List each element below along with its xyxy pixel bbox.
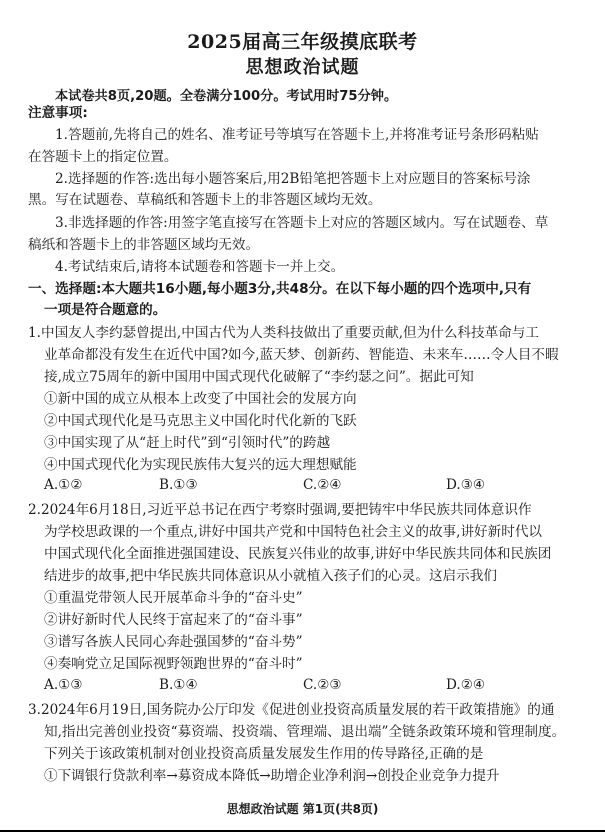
note-line: 在答题卡上的指定位置。 xyxy=(28,147,178,167)
statement: ①重温党带领人民开展革命斗争的“奋斗史” xyxy=(44,588,303,608)
answer-options: A.①③ B.①④ C.②③ D.②④ xyxy=(44,677,564,697)
note-line: 2.选择题的作答:选出每小题答案后,用2B铅笔把答题卡上对应题目的答案标号涂 xyxy=(55,169,531,189)
note-line: 稿纸和答题卡上的非答题区域均无效。 xyxy=(28,235,259,255)
question-stem: 中国式现代化全面推进强国建设、民族复兴伟业的故事,讲好中华民族共同体和民族团 xyxy=(44,544,551,564)
option-c: C.②④ xyxy=(303,477,342,493)
section-heading-cont: 一项是符合题意的。 xyxy=(44,300,166,320)
statement: ①新中国的成立从根本上改变了中国社会的发展方向 xyxy=(44,389,357,409)
question-stem: 1.中国友人李约瑟曾提出,中国古代为人类科技做出了重要贡献,但为什么科技革命与工 xyxy=(28,323,539,343)
statement: ③谱写各族人民同心奔赴强国梦的“奋斗势” xyxy=(44,632,303,652)
option-b: B.①④ xyxy=(159,677,198,693)
question-stem: 知,指出完善创业投资“募资端、投资端、管理端、退出端”全链条政策环境和管理制度。 xyxy=(44,722,565,742)
question-stem: 业革命都没有发生在近代中国?如今,蓝天梦、创新药、智能造、未来车……令人目不暇 xyxy=(44,345,559,365)
note-line: 黑。写在试题卷、草稿纸和答题卡上的非答题区域均无效。 xyxy=(28,190,381,210)
exam-subject: 思想政治试题 xyxy=(0,53,605,79)
option-d: D.②④ xyxy=(446,677,485,693)
question-stem: 2.2024年6月18日,习近平总书记在西宁考察时强调,要把铸牢中华民族共同体意… xyxy=(28,500,532,520)
note-line: 1.答题前,先将自己的姓名、准考证号等填写在答题卡上,并将准考证号条形码粘贴 xyxy=(55,125,539,145)
statement: ②讲好新时代人民终于富起来了的“奋斗事” xyxy=(44,610,303,630)
option-c: C.②③ xyxy=(303,677,342,693)
section-heading: 一、选择题:本大题共16小题,每小题3分,共48分。在以下每小题的四个选项中,只… xyxy=(28,279,531,299)
option-b: B.①③ xyxy=(159,477,198,493)
page-footer: 思想政治试题 第1页(共8页) xyxy=(0,800,605,817)
notes-heading: 注意事项: xyxy=(28,103,88,123)
statement: ③中国实现了从“赶上时代”到“引领时代”的跨越 xyxy=(44,433,330,453)
question-stem: 3.2024年6月19日,国务院办公厅印发《促进创业投资高质量发展的若干政策措施… xyxy=(28,700,554,720)
exam-page: 2025届高三年级摸底联考 思想政治试题 本试卷共8页,20题。全卷满分100分… xyxy=(0,0,605,832)
question-stem: 下列关于该政策机制对创业投资高质量发展发生作用的传导路径,正确的是 xyxy=(44,744,483,764)
question-stem: 结进步的故事,把中华民族共同体意识从小就植入孩子们的心灵。这启示我们 xyxy=(44,566,497,586)
note-line: 4.考试结束后,请将本试题卷和答题卡一并上交。 xyxy=(55,257,344,277)
statement: ②中国式现代化是马克思主义中国化时代化新的飞跃 xyxy=(44,411,357,431)
note-line: 3.非选择题的作答:用签字笔直接写在答题卡上对应的答题区域内。写在试题卷、草 xyxy=(55,213,548,233)
question-stem: 为学校思政课的一个重点,讲好中国共产党和中国特色社会主义的故事,讲好新时代以 xyxy=(44,522,542,542)
option-a: A.①③ xyxy=(44,677,83,693)
option-d: D.③④ xyxy=(446,477,485,493)
statement: ④奏响党立足国际视野领跑世界的“奋斗时” xyxy=(44,654,303,674)
exam-info: 本试卷共8页,20题。全卷满分100分。考试用时75分钟。 xyxy=(55,87,397,107)
statement: ④中国式现代化为实现民族伟大复兴的远大理想赋能 xyxy=(44,455,357,475)
option-a: A.①② xyxy=(44,477,83,493)
question-stem: 接,成立75周年的新中国用中国式现代化破解了“李约瑟之问”。据此可知 xyxy=(44,367,474,387)
answer-options: A.①② B.①③ C.②④ D.③④ xyxy=(44,477,564,497)
exam-title: 2025届高三年级摸底联考 xyxy=(0,27,605,54)
statement: ①下调银行贷款利率→募资成本降低→助增企业净利润→创投企业竞争力提升 xyxy=(44,766,500,786)
